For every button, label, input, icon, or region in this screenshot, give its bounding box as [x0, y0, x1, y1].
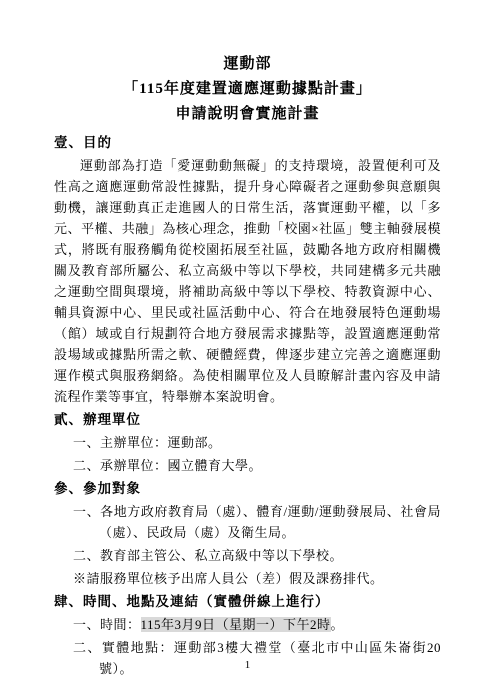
- time-period: 。: [331, 617, 345, 632]
- section-purpose-heading: 壹、目的: [54, 132, 441, 153]
- section-organizers: 貳、辦理單位 一、主辦單位：運動部。 二、承辦單位：國立體育大學。: [54, 409, 441, 476]
- document-title: 運動部 「115年度建置適應運動據點計畫」 申請說明會實施計畫: [54, 52, 441, 127]
- page-number: 1: [0, 658, 495, 672]
- section-participants: 參、參加對象 一、各地方政府教育局（處）、體育/運動/運動發展局、社會局（處）、…: [54, 478, 441, 589]
- section-purpose: 壹、目的 運動部為打造「愛運動動無礙」的支持環境，設置便利可及性高之適應運動常設…: [54, 132, 441, 407]
- section-organizers-heading: 貳、辦理單位: [54, 409, 441, 430]
- title-organization: 運動部: [54, 52, 441, 77]
- document-page: 運動部 「115年度建置適應運動據點計畫」 申請說明會實施計畫 壹、目的 運動部…: [0, 0, 495, 700]
- highlighted-datetime: 115年3月9日（星期一）下午2時: [141, 617, 331, 632]
- participants-item-local-gov: 一、各地方政府教育局（處）、體育/運動/運動發展局、社會局（處）、民政局（處）及…: [73, 501, 441, 543]
- time-item: 一、時間：115年3月9日（星期一）下午2時。: [73, 614, 441, 635]
- section-time-place-heading: 肆、時間、地點及連結（實體併線上進行）: [54, 591, 441, 612]
- participants-note: ※請服務單位核予出席人員公（差）假及課務排代。: [73, 568, 441, 589]
- title-plan-name: 「115年度建置適應運動據點計畫」: [54, 77, 441, 102]
- section-participants-heading: 參、參加對象: [54, 478, 441, 499]
- purpose-paragraph: 運動部為打造「愛運動動無礙」的支持環境，設置便利可及性高之適應運動常設性據點，提…: [54, 155, 441, 407]
- time-label: 一、時間：: [73, 617, 141, 632]
- organizer-undertaker-item: 二、承辦單位：國立體育大學。: [73, 455, 441, 476]
- title-subtitle: 申請說明會實施計畫: [54, 102, 441, 127]
- organizer-host-item: 一、主辦單位：運動部。: [73, 432, 441, 453]
- participants-item-schools: 二、教育部主管公、私立高級中等以下學校。: [73, 545, 441, 566]
